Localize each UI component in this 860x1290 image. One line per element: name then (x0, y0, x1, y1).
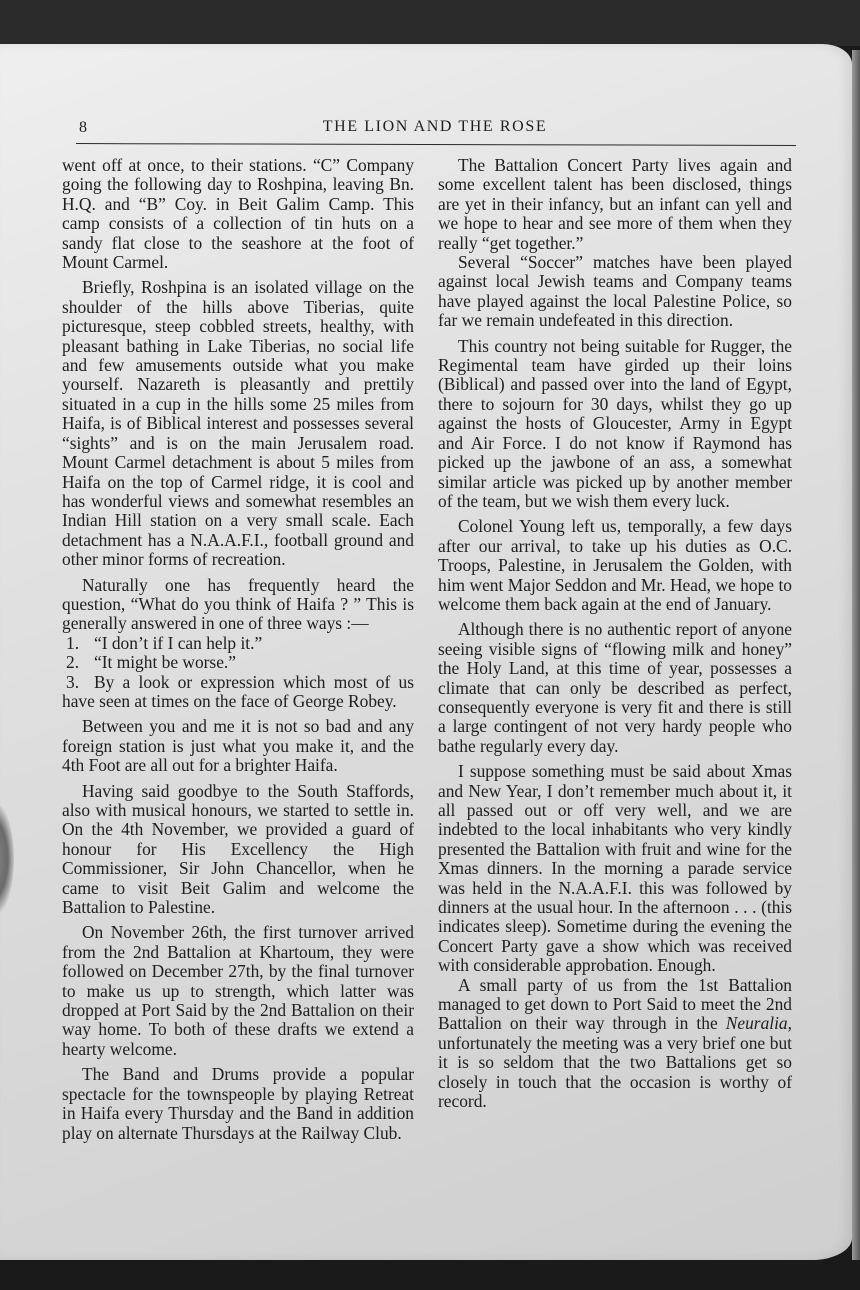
list-item: 1.“I don’t if I can help it.” (62, 634, 414, 653)
journal-title: THE LION AND THE ROSE (76, 118, 794, 136)
paragraph: Although there is no authentic report of… (438, 620, 792, 756)
paragraph: On November 26th, the first turnover arr… (62, 923, 414, 1059)
list-item: 2.“It might be worse.” (62, 653, 414, 672)
paragraph: Naturally one has frequently heard the q… (62, 576, 414, 634)
page-edge (852, 50, 860, 1260)
scan-background (0, 0, 860, 46)
paragraph: Colonel Young left us, temporally, a few… (438, 517, 792, 614)
paragraph: went off at once, to their stations. “C”… (62, 156, 414, 272)
paragraph: Briefly, Roshpina is an isolated village… (62, 278, 414, 569)
list-number: 1. (62, 634, 94, 653)
list-item: 3.By a look or expression which most of … (62, 673, 414, 712)
ship-name: Neuralia (726, 1013, 788, 1033)
paragraph: Between you and me it is not so bad and … (62, 717, 414, 775)
running-head: 8 THE LION AND THE ROSE (76, 116, 794, 146)
left-column: went off at once, to their stations. “C”… (62, 156, 414, 1149)
paragraph: Several “Soccer” matches have been playe… (438, 253, 792, 331)
right-column: The Battalion Concert Party lives again … (438, 156, 792, 1118)
paragraph: The Band and Drums provide a popular spe… (62, 1065, 414, 1143)
paragraph: Having said goodbye to the South Staffor… (62, 782, 414, 918)
paragraph: This country not being suitable for Rugg… (438, 337, 792, 512)
list-number: 2. (62, 653, 94, 672)
paragraph: A small party of us from the 1st Battali… (438, 976, 792, 1112)
list-text: By a look or expression which most of us… (62, 672, 414, 711)
paragraph: The Battalion Concert Party lives again … (438, 156, 792, 253)
book-page: 8 THE LION AND THE ROSE went off at once… (0, 44, 852, 1260)
list-text: “I don’t if I can help it.” (94, 633, 262, 653)
list-number: 3. (62, 673, 94, 692)
paragraph: I suppose something must be said about X… (438, 762, 792, 975)
thumb-shadow (0, 804, 14, 914)
list-text: “It might be worse.” (94, 652, 236, 672)
